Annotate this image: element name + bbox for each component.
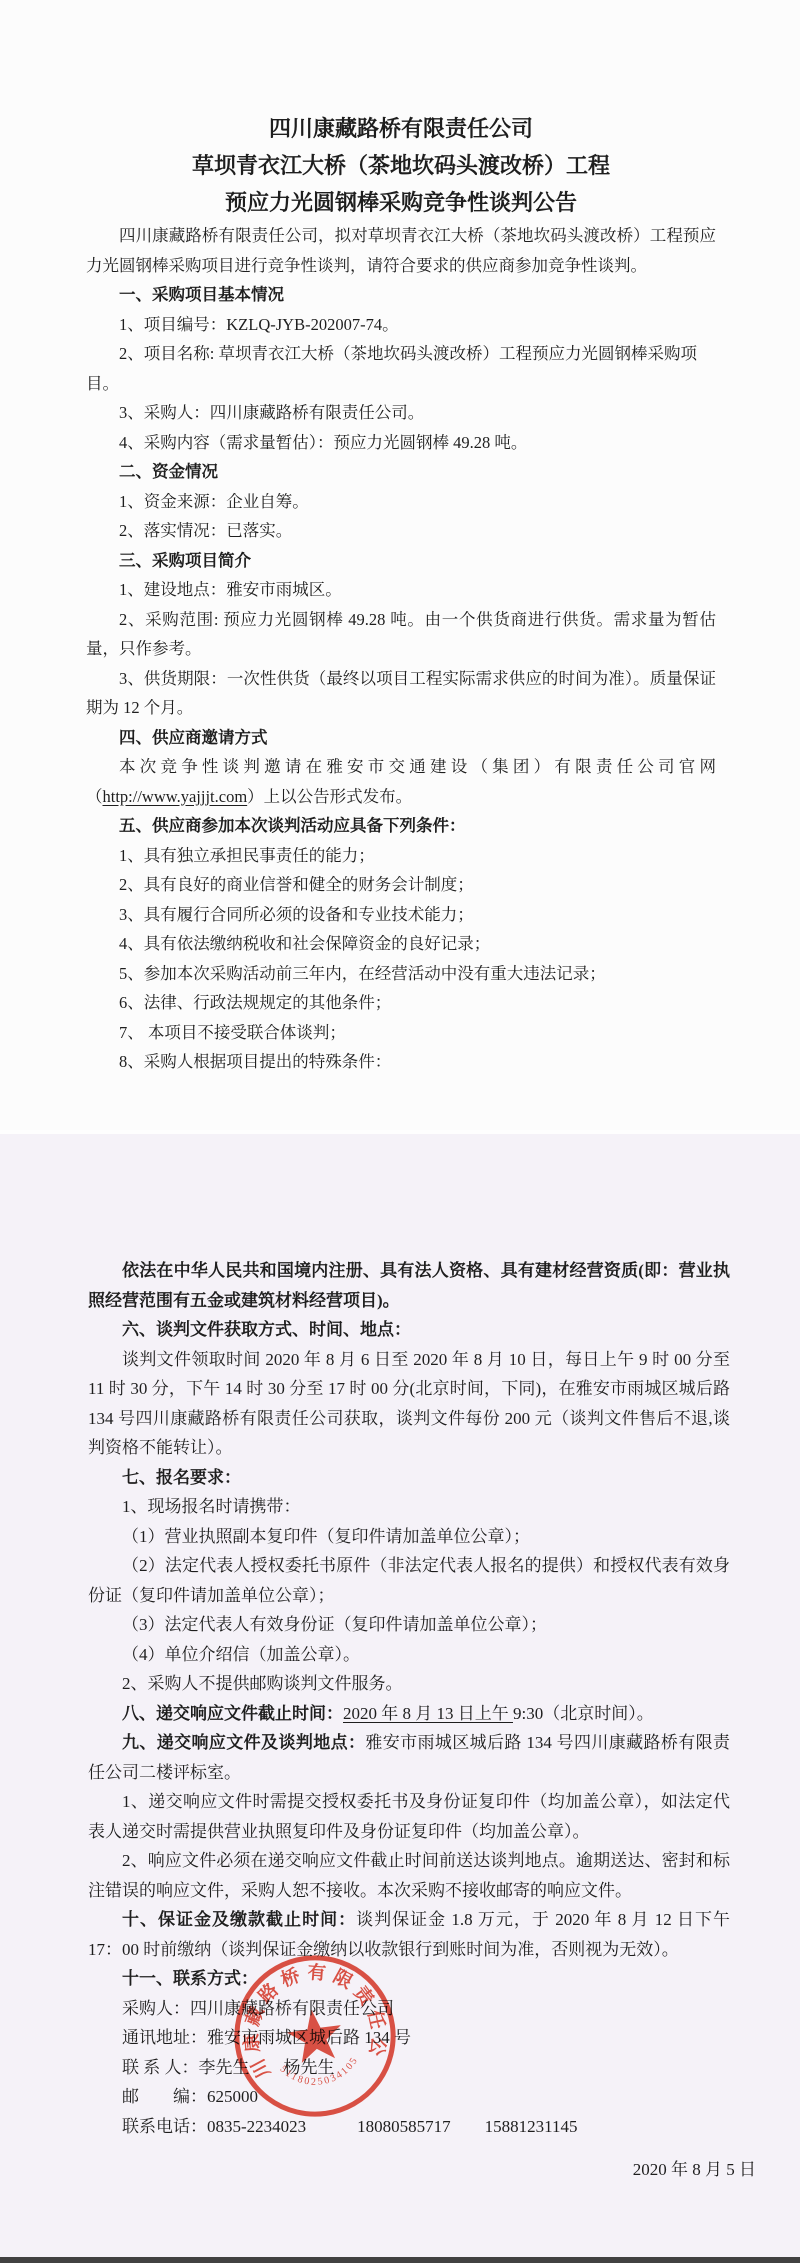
- section-9-heading: 九、递交响应文件及谈判地点：: [122, 1733, 365, 1752]
- section-9-line: 九、递交响应文件及谈判地点：雅安市雨城区城后路 134 号四川康藏路桥有限责任公…: [88, 1728, 730, 1787]
- title-line-company: 四川康藏路桥有限责任公司: [86, 110, 716, 147]
- section-3-item-3: 3、供货期限：一次性供货（最终以项目工程实际需求供应的时间为准）。质量保证期为 …: [86, 664, 716, 723]
- official-website-url: http://www.yajjjt.com: [103, 787, 248, 806]
- section-5-item-6: 6、法律、行政法规规定的其他条件；: [86, 988, 716, 1018]
- contact-person: 联 系 人：李先生 杨先生: [88, 2053, 730, 2083]
- announcement-date: 2020 年 8 月 5 日: [88, 2155, 756, 2185]
- document-page-1: 四川康藏路桥有限责任公司 草坝青衣江大桥（茶地坎码头渡改桥）工程 预应力光圆钢棒…: [0, 0, 800, 1130]
- section-11-heading: 十一、联系方式：: [88, 1964, 730, 1994]
- contact-address: 通讯地址：雅安市雨城区城后路 134 号: [88, 2023, 730, 2053]
- section-4-paragraph: 本次竞争性谈判邀请在雅安市交通建设（集团）有限责任公司官网（http://www…: [86, 752, 716, 811]
- deadline-date-underlined: 2020 年 8 月 13 日上午: [343, 1704, 513, 1723]
- deadline-time: 9:30（北京时间）。: [513, 1704, 654, 1723]
- section-1-item-4: 4、采购内容（需求量暂估）：预应力光圆钢棒 49.28 吨。: [86, 428, 716, 458]
- scan-bottom-edge: [0, 2257, 800, 2263]
- section-7-subitem-1: （1）营业执照副本复印件（复印件请加盖单位公章）；: [88, 1522, 730, 1552]
- section-5-item-3: 3、具有履行合同所必须的设备和专业技术能力；: [86, 900, 716, 930]
- document-title: 四川康藏路桥有限责任公司 草坝青衣江大桥（茶地坎码头渡改桥）工程 预应力光圆钢棒…: [86, 110, 716, 221]
- section-2-item-2: 2、落实情况：已落实。: [86, 516, 716, 546]
- section-5-item-7: 7、 本项目不接受联合体谈判；: [86, 1018, 716, 1048]
- section-3-heading: 三、采购项目简介: [86, 546, 716, 576]
- section-3-item-1: 1、建设地点：雅安市雨城区。: [86, 575, 716, 605]
- section-5-item-2: 2、具有良好的商业信誉和健全的财务会计制度；: [86, 870, 716, 900]
- section-10-heading: 十、保证金及缴款截止时间：: [122, 1910, 356, 1929]
- section-9-item-1: 1、递交响应文件时需提交授权委托书及身份证复印件（均加盖公章），如法定代表人递交…: [88, 1787, 730, 1846]
- section-5-continuation: 依法在中华人民共和国境内注册、具有法人资格、具有建材经营资质(即：营业执照经营范…: [88, 1256, 730, 1315]
- section-4-heading: 四、供应商邀请方式: [86, 723, 716, 753]
- section-7-item-1: 1、现场报名时请携带：: [88, 1492, 730, 1522]
- section-2-item-1: 1、资金来源：企业自筹。: [86, 487, 716, 517]
- document-page-2: 依法在中华人民共和国境内注册、具有法人资格、具有建材经营资质(即：营业执照经营范…: [0, 1134, 800, 2263]
- title-line-announcement: 预应力光圆钢棒采购竞争性谈判公告: [86, 184, 716, 221]
- intro-paragraph: 四川康藏路桥有限责任公司，拟对草坝青衣江大桥（茶地坎码头渡改桥）工程预应力光圆钢…: [86, 221, 716, 280]
- section-1-item-1: 1、项目编号：KZLQ-JYB-202007-74。: [86, 310, 716, 340]
- section-8-heading: 八、递交响应文件截止时间：: [122, 1704, 343, 1723]
- section-3-item-2: 2、采购范围: 预应力光圆钢棒 49.28 吨。由一个供货商进行供货。需求量为暂…: [86, 605, 716, 664]
- section-6-heading: 六、谈判文件获取方式、时间、地点：: [88, 1315, 730, 1345]
- section-2-heading: 二、资金情况: [86, 457, 716, 487]
- section-7-heading: 七、报名要求：: [88, 1463, 730, 1493]
- section-9-item-2: 2、响应文件必须在递交响应文件截止时间前送达谈判地点。逾期送达、密封和标注错误的…: [88, 1846, 730, 1905]
- section-1-heading: 一、采购项目基本情况: [86, 280, 716, 310]
- section-5-item-8: 8、采购人根据项目提出的特殊条件：: [86, 1047, 716, 1077]
- section-5-heading: 五、供应商参加本次谈判活动应具备下列条件：: [86, 811, 716, 841]
- invite-text-after-url: ）上以公告形式发布。: [247, 787, 412, 806]
- contact-phone: 联系电话：0835-2234023 18080585717 1588123114…: [88, 2112, 730, 2142]
- section-5-item-4: 4、具有依法缴纳税收和社会保障资金的良好记录；: [86, 929, 716, 959]
- contact-postcode: 邮 编：625000: [88, 2082, 730, 2112]
- section-7-subitem-3: （3）法定代表人有效身份证（复印件请加盖单位公章）；: [88, 1610, 730, 1640]
- section-1-item-2: 2、项目名称: 草坝青衣江大桥（茶地坎码头渡改桥）工程预应力光圆钢棒采购项目。: [86, 339, 716, 398]
- section-7-subitem-2: （2）法定代表人授权委托书原件（非法定代表人报名的提供）和授权代表有效身份证（复…: [88, 1551, 730, 1610]
- section-6-paragraph: 谈判文件领取时间 2020 年 8 月 6 日至 2020 年 8 月 10 日…: [88, 1345, 730, 1463]
- contact-purchaser: 采购人：四川康藏路桥有限责任公司: [88, 1994, 730, 2024]
- section-8-line: 八、递交响应文件截止时间：2020 年 8 月 13 日上午 9:30（北京时间…: [88, 1699, 730, 1729]
- section-5-item-1: 1、具有独立承担民事责任的能力；: [86, 841, 716, 871]
- section-7-item-2: 2、采购人不提供邮购谈判文件服务。: [88, 1669, 730, 1699]
- section-1-item-3: 3、采购人：四川康藏路桥有限责任公司。: [86, 398, 716, 428]
- title-line-project: 草坝青衣江大桥（茶地坎码头渡改桥）工程: [86, 147, 716, 184]
- section-7-subitem-4: （4）单位介绍信（加盖公章）。: [88, 1640, 730, 1670]
- section-5-item-5: 5、参加本次采购活动前三年内，在经营活动中没有重大违法记录；: [86, 959, 716, 989]
- section-10-line: 十、保证金及缴款截止时间：谈判保证金 1.8 万元，于 2020 年 8 月 1…: [88, 1905, 730, 1964]
